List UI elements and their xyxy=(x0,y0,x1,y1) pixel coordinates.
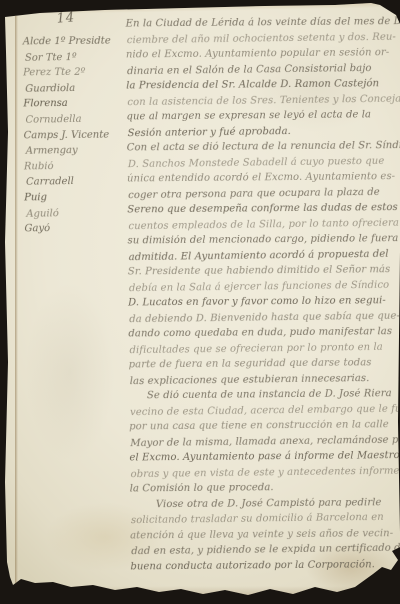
attendee-name: Puig xyxy=(24,189,128,206)
text-line: dinaria en el Salón de la Casa Consistor… xyxy=(127,60,400,79)
act-body-text: En la Ciudad de Lérida á los veinte días… xyxy=(126,14,400,574)
attendee-name: Armengay xyxy=(26,142,130,159)
handwritten-content: 14 Alcde 1º PresidteSor Tte 1ºPerez Tte … xyxy=(5,2,400,602)
attendee-name: Alcde 1º Presidte xyxy=(23,33,127,50)
attendee-name: Florensa xyxy=(23,96,127,113)
paragraph-domicile-transfer: Viose otra de D. José Campistó para pedi… xyxy=(130,495,400,575)
margin-attendees-list: Alcde 1º PresidteSor Tte 1ºPerez Tte 2ºG… xyxy=(23,33,129,237)
paragraph-resignation: Con el acta se dió lectura de la renunci… xyxy=(127,138,400,388)
text-line: Mayor de la misma, llamada anexa, reclam… xyxy=(130,432,400,451)
attendee-name: Camps J. Vicente xyxy=(24,127,128,144)
scan-background: 14 Alcde 1º PresidteSor Tte 1ºPerez Tte … xyxy=(0,0,400,604)
text-line: buena conducta autorizado por la Corpora… xyxy=(130,557,400,575)
attendee-name: Sor Tte 1º xyxy=(25,49,129,66)
attendee-name: Rubió xyxy=(24,158,128,175)
paragraph-session-opening: En la Ciudad de Lérida á los veinte días… xyxy=(126,14,400,140)
text-line: debía en la Sala á ejercer las funciones… xyxy=(129,277,400,296)
paragraph-instance-embargo: Se dió cuenta de una instancia de D. Jos… xyxy=(129,386,400,497)
folio-number: 14 xyxy=(56,11,76,25)
attendee-name: Gayó xyxy=(24,221,128,238)
attendee-name: Perez Tte 2º xyxy=(23,65,127,82)
attendee-name: Cornudella xyxy=(25,111,129,128)
attendee-name: Guardiola xyxy=(25,80,129,97)
text-line: coger otra persona para que ocupara la p… xyxy=(128,184,400,203)
attendee-name: Aguiló xyxy=(26,205,130,222)
manuscript-page: 14 Alcde 1º PresidteSor Tte 1ºPerez Tte … xyxy=(5,2,400,602)
attendee-name: Carradell xyxy=(26,173,130,190)
